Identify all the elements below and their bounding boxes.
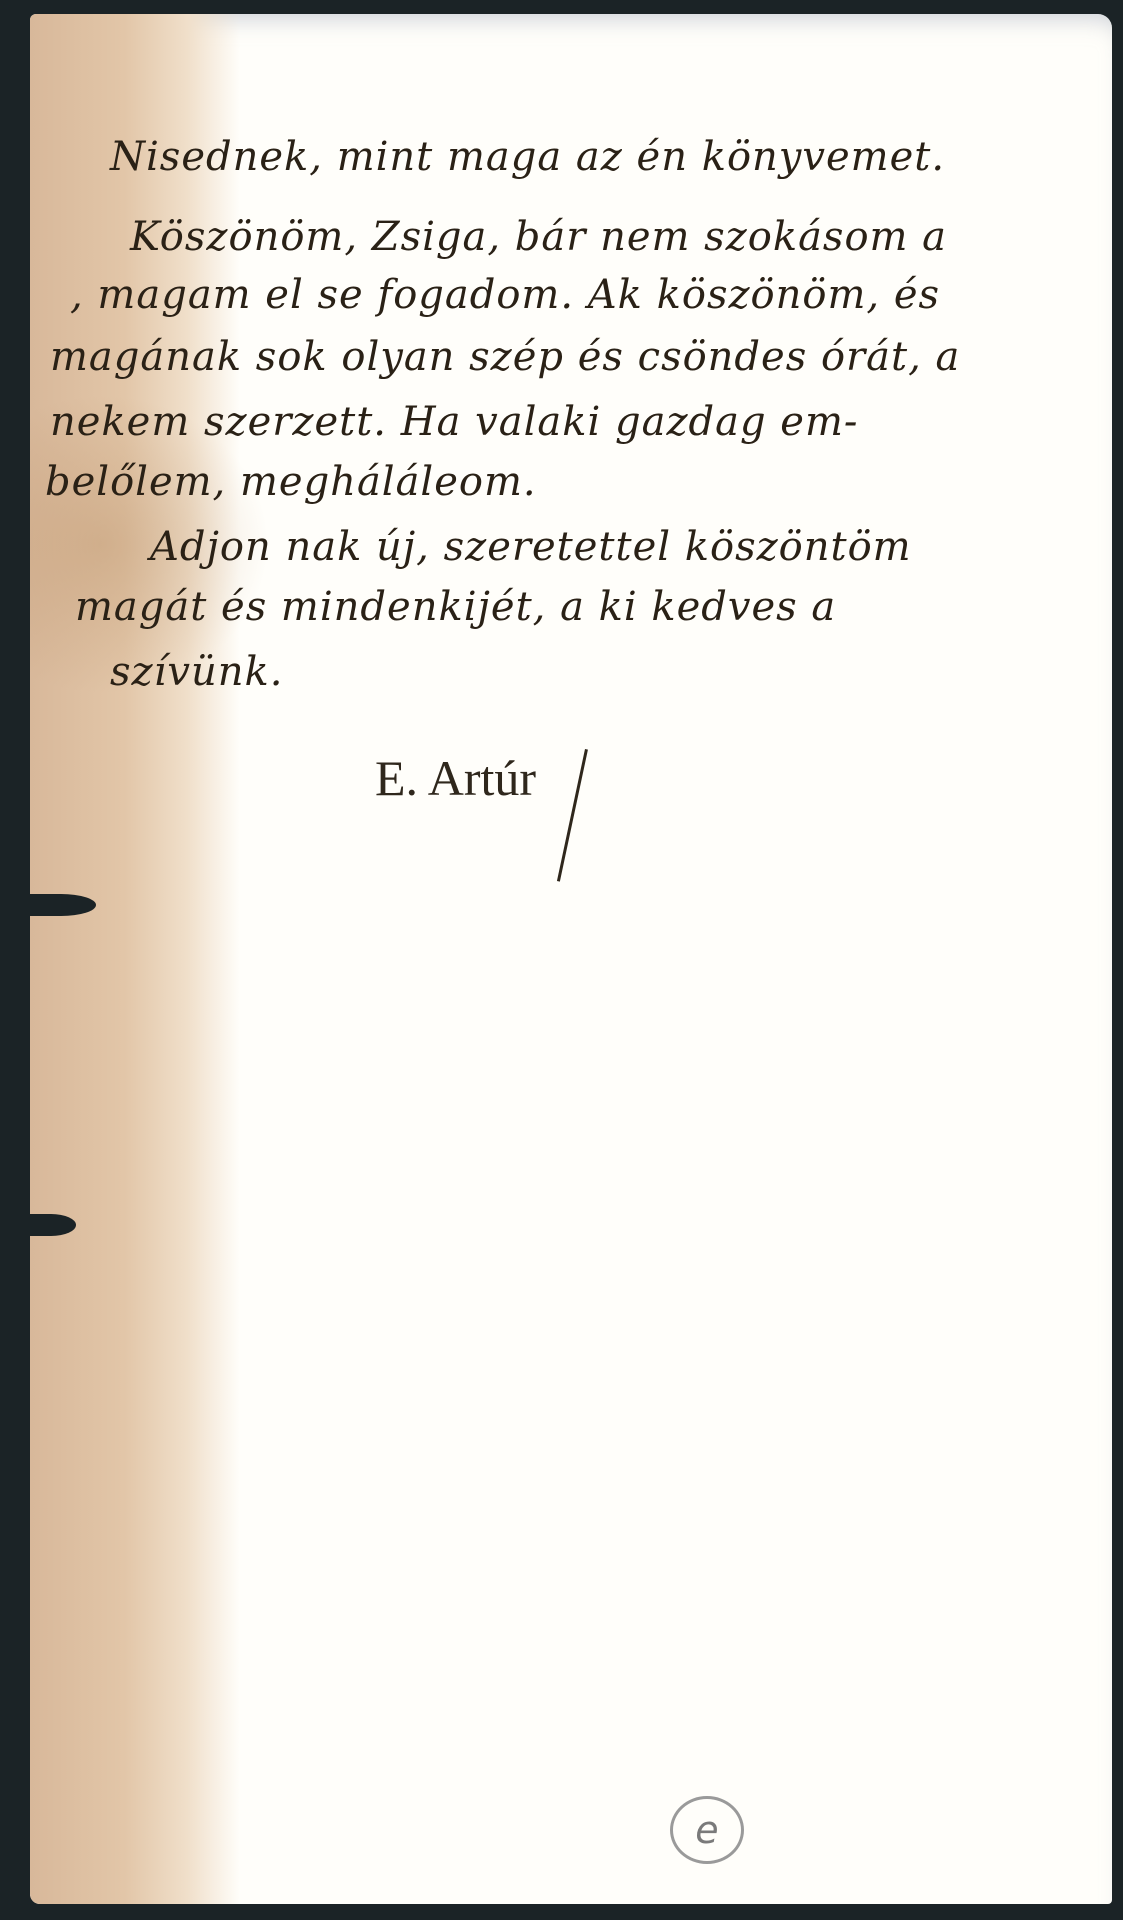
letter-line: Köszönöm, Zsiga, bár nem szokásom a bbox=[130, 214, 947, 260]
archive-mark: e bbox=[670, 1796, 744, 1864]
letter-line: Adjon nak új, szeretettel köszöntöm bbox=[150, 524, 912, 570]
letter-line: Nisednek, mint maga az én könyvemet. bbox=[110, 134, 945, 180]
letter-line: belőlem, megháláleom. bbox=[45, 459, 537, 505]
letter-sheet: Nisednek, mint maga az én könyvemet. Kös… bbox=[30, 14, 1112, 1904]
signature: E. Artúr bbox=[375, 749, 536, 807]
letter-line: magát és mindenkijét, a ki kedves a bbox=[75, 584, 836, 630]
letter-line: , magam el se fogadom. Ak köszönöm, és bbox=[70, 272, 940, 318]
letter-line: magának sok olyan szép és csöndes órát, … bbox=[50, 334, 960, 380]
letter-line: nekem szerzett. Ha valaki gazdag em- bbox=[50, 399, 858, 445]
letter-body: Nisednek, mint maga az én könyvemet. Kös… bbox=[30, 14, 1112, 1904]
letter-line: szívünk. bbox=[110, 649, 283, 695]
